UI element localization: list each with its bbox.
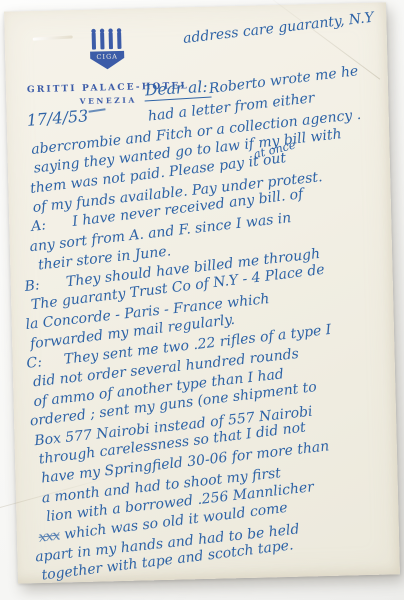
crest-label: CIGA xyxy=(96,52,118,61)
ciga-crest-icon: CIGA xyxy=(85,27,128,76)
letter-body: Roberto wrote me he had a letter from ei… xyxy=(16,93,404,588)
letter-paper: address care guaranty, N.Y CIGA GRITTI P… xyxy=(4,2,400,583)
crossed-out-word: xxx xyxy=(38,527,60,545)
address-annotation: address care guaranty, N.Y xyxy=(182,6,402,46)
